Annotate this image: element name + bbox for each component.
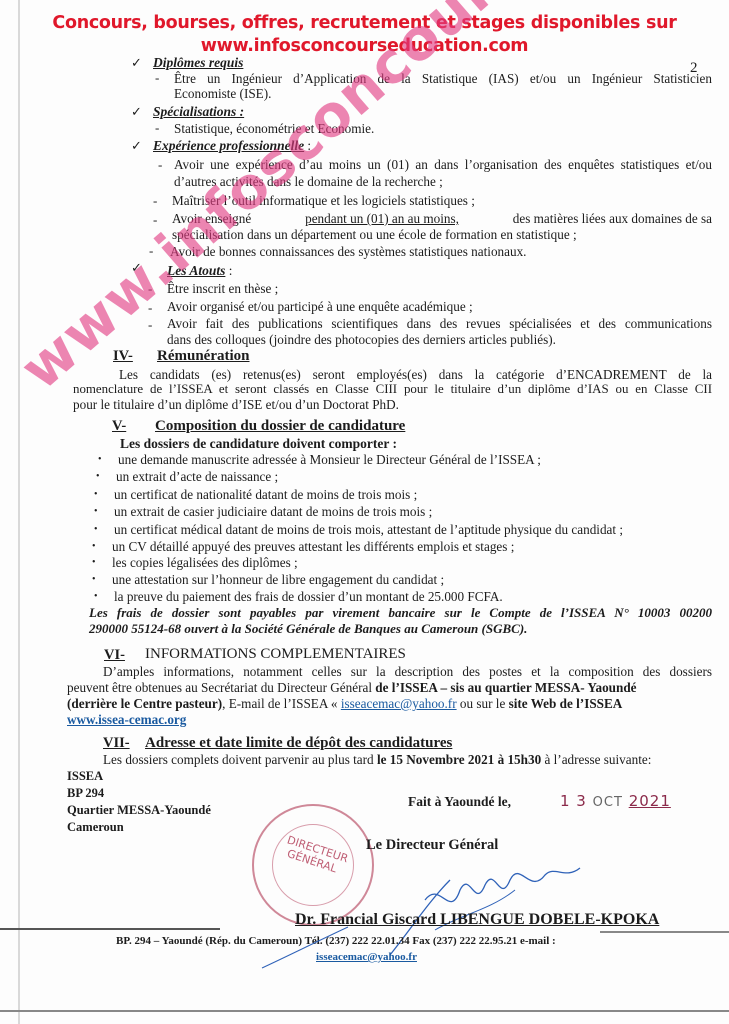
diplomes-item-cont: Economiste (ISE). xyxy=(174,86,271,101)
payment-info-line: Les frais de dossier sont payables par v… xyxy=(89,605,712,620)
dossier-item: un certificat de nationalité datant de m… xyxy=(114,487,417,502)
specialisations-title: Spécialisations : xyxy=(153,104,244,119)
bullet-icon: • xyxy=(92,557,96,568)
address-line: Cameroun xyxy=(67,819,211,836)
section-iv-number: IV- xyxy=(113,348,133,365)
address-block: ISSEA BP 294 Quartier MESSA-Yaoundé Came… xyxy=(67,768,211,836)
dossier-item: un certificat médical datant de moins de… xyxy=(114,522,623,537)
check-icon: ✓ xyxy=(131,55,142,71)
date-stamp: 1 3 OCT 2021 xyxy=(560,792,671,810)
dossier-intro: Les dossiers de candidature doivent comp… xyxy=(120,436,397,451)
info-line: (derrière le Centre pasteur), E-mail de … xyxy=(67,696,712,711)
info-line: peuvent être obtenues au Secrétariat du … xyxy=(67,680,712,695)
dossier-item: un extrait d’acte de naissance ; xyxy=(116,469,278,484)
remuneration-line: pour le titulaire d’un diplôme d’ISE et/… xyxy=(73,397,399,412)
dossier-item: les copies légalisées des diplômes ; xyxy=(112,555,298,570)
bullet-icon: • xyxy=(94,524,98,535)
footer-rule xyxy=(600,931,729,933)
bullet-icon: • xyxy=(92,574,96,585)
section-vi-title: INFORMATIONS COMPLEMENTAIRES xyxy=(145,647,406,662)
dash-icon: - xyxy=(155,120,159,136)
footer-rule xyxy=(0,928,220,930)
remuneration-line: Les candidats (es) retenus(es) seront em… xyxy=(119,367,712,382)
atouts-item: Avoir organisé et/ou participé à une enq… xyxy=(167,299,473,314)
email-link[interactable]: isseacemac@yahoo.fr xyxy=(341,696,457,711)
section-vii-title: Adresse et date limite de dépôt des cand… xyxy=(145,735,452,752)
deadline-line: Les dossiers complets doivent parvenir a… xyxy=(103,752,651,767)
bullet-icon: • xyxy=(94,591,98,602)
dossier-item: un extrait de casier judiciaire datant d… xyxy=(114,504,432,519)
check-icon: ✓ xyxy=(131,104,142,120)
diplomes-title: Diplômes requis xyxy=(153,55,243,70)
website-link[interactable]: www.issea-cemac.org xyxy=(67,712,186,727)
bullet-icon: • xyxy=(96,471,100,482)
dossier-item: la preuve du paiement des frais de dossi… xyxy=(114,589,503,604)
section-vi-number: VI- xyxy=(104,647,125,664)
section-v-title: Composition du dossier de candidature xyxy=(155,418,405,435)
dash-icon: - xyxy=(153,193,157,209)
section-vii-number: VII- xyxy=(103,735,130,752)
dash-icon: - xyxy=(158,157,162,173)
dash-icon: - xyxy=(155,70,159,86)
dash-icon: - xyxy=(148,317,152,333)
atouts-item-cont: dans des colloques (joindre des photocop… xyxy=(167,332,556,347)
section-iv-title: Rémunération xyxy=(157,348,250,365)
page-left-edge xyxy=(18,0,20,1024)
bullet-icon: • xyxy=(94,506,98,517)
atouts-item: Avoir fait des publications scientifique… xyxy=(167,316,712,331)
signature-tail xyxy=(260,925,350,970)
website-line: www.issea-cemac.org xyxy=(67,712,186,727)
place-date-label: Fait à Yaoundé le, xyxy=(408,794,511,809)
info-line: D’amples informations, notamment celles … xyxy=(103,664,712,679)
bullet-icon: • xyxy=(92,541,96,552)
diplomes-item: Être un Ingénieur d’Application de la St… xyxy=(174,71,712,86)
bullet-icon: • xyxy=(94,489,98,500)
check-icon: ✓ xyxy=(131,138,142,154)
section-v-number: V- xyxy=(112,418,126,435)
dossier-item: une demande manuscrite adressée à Monsie… xyxy=(118,452,541,467)
banner-line-1: Concours, bourses, offres, recrutement e… xyxy=(0,12,729,35)
signatory-role: Le Directeur Général xyxy=(366,838,498,853)
dossier-item: une attestation sur l’honneur de libre e… xyxy=(112,572,444,587)
page-bottom-edge xyxy=(0,1010,729,1012)
address-line: BP 294 xyxy=(67,785,211,802)
dossier-item: un CV détaillé appuyé des preuves attest… xyxy=(112,539,514,554)
address-line: Quartier MESSA-Yaoundé xyxy=(67,802,211,819)
bullet-icon: • xyxy=(98,454,102,465)
payment-info-line: 290000 55124-68 ouvert à la Société Géné… xyxy=(89,621,527,636)
remuneration-line: nomenclature de l’ISSEA et seront classé… xyxy=(73,382,712,397)
address-line: ISSEA xyxy=(67,768,211,785)
